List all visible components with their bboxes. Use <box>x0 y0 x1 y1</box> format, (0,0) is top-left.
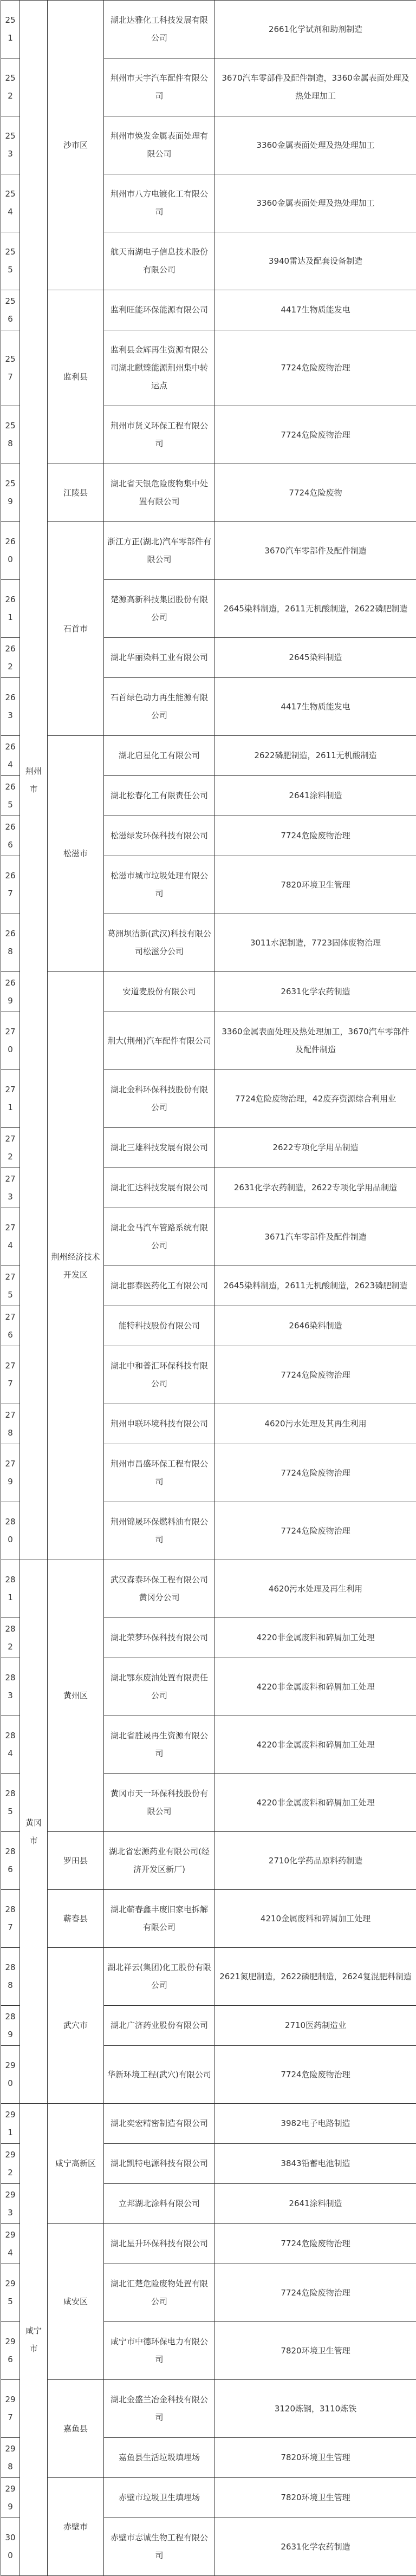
company-name-cell: 松滋绿发环保科技有限公司 <box>104 816 215 856</box>
table-row: 286罗田县湖北省宏源药业有限公司(经济开发区新厂)2710化学药品原料药制造 <box>1 1832 416 1890</box>
row-number: 299 <box>1 2478 20 2518</box>
industry-category-cell: 3843铅蓄电池制造 <box>215 2144 416 2184</box>
district-cell: 罗田县 <box>48 1832 104 1890</box>
industry-category-cell: 7724危险废物治理 <box>215 1346 416 1404</box>
industry-category-cell: 7724危险废物治理，42废弃资源综合利用业 <box>215 1070 416 1128</box>
company-name-cell: 湖北三雄科技发展有限公司 <box>104 1128 215 1168</box>
row-number: 253 <box>1 116 20 174</box>
company-name-cell: 湖北鄂东废油处置有限责任公司 <box>104 1658 215 1716</box>
city-cell: 荆州市 <box>20 1 48 1560</box>
industry-category-cell: 7724危险废物治理 <box>215 1444 416 1502</box>
industry-category-cell: 7724危险废物治理 <box>215 406 416 464</box>
row-number: 276 <box>1 1306 20 1346</box>
company-name-cell: 华新环境工程(武穴)有限公司 <box>104 2046 215 2104</box>
industry-category-cell: 3360金属表面处理及热处理加工，3670汽车零部件及配件制造 <box>215 1012 416 1070</box>
city-cell: 黄冈市 <box>20 1560 48 2104</box>
industry-category-cell: 2641涂料制造 <box>215 776 416 816</box>
industry-category-cell: 4210金属废料和碎屑加工处理 <box>215 1890 416 1948</box>
district-cell: 荆州经济技术开发区 <box>48 972 104 1560</box>
enterprise-table-body: 251荆州市沙市区湖北达雅化工科技发展有限公司2661化学试剂和助剂制造252荆… <box>1 1 416 2576</box>
industry-category-cell: 7724危险废物 <box>215 464 416 522</box>
company-name-cell: 湖北省宏源药业有限公司(经济开发区新厂) <box>104 1832 215 1890</box>
company-name-cell: 湖北广济药业股份有限公司 <box>104 2006 215 2046</box>
row-number: 257 <box>1 330 20 406</box>
table-row: 251荆州市沙市区湖北达雅化工科技发展有限公司2661化学试剂和助剂制造 <box>1 1 416 58</box>
industry-category-cell: 2645染料制造 <box>215 638 416 678</box>
company-name-cell: 湖北松春化工有限责任公司 <box>104 776 215 816</box>
district-cell: 石首市 <box>48 522 104 736</box>
row-number: 262 <box>1 638 20 678</box>
row-number: 290 <box>1 2046 20 2104</box>
row-number: 265 <box>1 776 20 816</box>
district-cell: 咸宁高新区 <box>48 2104 104 2224</box>
company-name-cell: 湖北汇达科技发展有限公司 <box>104 1168 215 1208</box>
company-name-cell: 黄冈市天一环保科技股份有限公司 <box>104 1774 215 1832</box>
industry-category-cell: 7724危险废物治理 <box>215 2046 416 2104</box>
industry-category-cell: 2622磷肥制造，2611无机酸制造 <box>215 736 416 776</box>
company-name-cell: 荆州市八方电镀化工有限公司 <box>104 174 215 232</box>
row-number: 300 <box>1 2518 20 2576</box>
row-number: 292 <box>1 2144 20 2184</box>
row-number: 270 <box>1 1012 20 1070</box>
row-number: 288 <box>1 1948 20 2006</box>
row-number: 293 <box>1 2184 20 2224</box>
row-number: 264 <box>1 736 20 776</box>
industry-category-cell: 3940雷达及配套设备制造 <box>215 232 416 290</box>
company-name-cell: 荆州锦晟环保燃料油有限公司 <box>104 1502 215 1560</box>
industry-category-cell: 7820环境卫生管理 <box>215 2322 416 2380</box>
company-name-cell: 湖北金盛兰冶金科技有限公司 <box>104 2380 215 2438</box>
table-row: 259江陵县湖北省天银危险废物集中处置有限公司7724危险废物 <box>1 464 416 522</box>
company-name-cell: 赤壁市垃圾卫生填埋场 <box>104 2478 215 2518</box>
district-cell: 江陵县 <box>48 464 104 522</box>
district-cell: 松滋市 <box>48 736 104 972</box>
district-cell: 赤壁市 <box>48 2478 104 2576</box>
row-number: 285 <box>1 1774 20 1832</box>
industry-category-cell: 4220非金属废料和碎屑加工处理 <box>215 1716 416 1774</box>
row-number: 275 <box>1 1266 20 1306</box>
company-name-cell: 荆州市贤义环保工程有限公司 <box>104 406 215 464</box>
industry-category-cell: 2645染料制造，2611无机酸制造，2623磷肥制造 <box>215 1266 416 1306</box>
company-name-cell: 湖北省胜晟再生资源有限公司 <box>104 1716 215 1774</box>
industry-category-cell: 7820环境卫生管理 <box>215 2438 416 2478</box>
company-name-cell: 湖北奕宏精密制造有限公司 <box>104 2104 215 2144</box>
company-name-cell: 监利县金辉再生资源有限公司湖北麒臻能源荆州集中转运点 <box>104 330 215 406</box>
industry-category-cell: 3120炼钢，3110炼铁 <box>215 2380 416 2438</box>
industry-category-cell: 2661化学试剂和助剂制造 <box>215 1 416 58</box>
table-row: 260石首市浙江方正(湖北)汽车零部件有限公司3670汽车零部件及配件制造 <box>1 522 416 580</box>
industry-category-cell: 3360金属表面处理及热处理加工 <box>215 116 416 174</box>
row-number: 291 <box>1 2104 20 2144</box>
company-name-cell: 湖北荣梦环保科技有限公司 <box>104 1618 215 1658</box>
row-number: 287 <box>1 1890 20 1948</box>
industry-category-cell: 3360金属表面处理及热处理加工 <box>215 174 416 232</box>
industry-category-cell: 3671汽车零部件及配件制造 <box>215 1208 416 1266</box>
row-number: 258 <box>1 406 20 464</box>
row-number: 281 <box>1 1560 20 1618</box>
row-number: 282 <box>1 1618 20 1658</box>
company-name-cell: 立邦湖北涂料有限公司 <box>104 2184 215 2224</box>
industry-category-cell: 2631化学农药制造 <box>215 2518 416 2576</box>
row-number: 267 <box>1 856 20 914</box>
row-number: 269 <box>1 972 20 1012</box>
industry-category-cell: 4620污水处理及再生利用 <box>215 1560 416 1618</box>
district-cell: 咸安区 <box>48 2224 104 2380</box>
company-name-cell: 监利旺能环保能源有限公司 <box>104 290 215 330</box>
industry-category-cell: 3011水泥制造，7723固体废物治理 <box>215 914 416 972</box>
company-name-cell: 湖北星升环保科技有限公司 <box>104 2224 215 2264</box>
row-number: 256 <box>1 290 20 330</box>
company-name-cell: 荆大(荆州)汽车配件有限公司 <box>104 1012 215 1070</box>
company-name-cell: 安道麦股份有限公司 <box>104 972 215 1012</box>
industry-category-cell: 2645染料制造，2611无机酸制造，2622磷肥制造 <box>215 580 416 638</box>
company-name-cell: 湖北祥云(集团)化工股份有限公司 <box>104 1948 215 2006</box>
row-number: 268 <box>1 914 20 972</box>
company-name-cell: 湖北达雅化工科技发展有限公司 <box>104 1 215 58</box>
industry-category-cell: 2631化学农药制造 <box>215 972 416 1012</box>
company-name-cell: 赤壁市志诚生物工程有限公司 <box>104 2518 215 2576</box>
industry-category-cell: 7724危险废物治理 <box>215 1502 416 1560</box>
company-name-cell: 湖北华丽染料工业有限公司 <box>104 638 215 678</box>
row-number: 266 <box>1 816 20 856</box>
row-number: 289 <box>1 2006 20 2046</box>
company-name-cell: 葛洲坝洁新(武汉)科技有限公司松滋分公司 <box>104 914 215 972</box>
company-name-cell: 浙江方正(湖北)汽车零部件有限公司 <box>104 522 215 580</box>
company-name-cell: 武汉森泰环保工程有限公司黄冈分公司 <box>104 1560 215 1618</box>
table-row: 281黄冈市黄州区武汉森泰环保工程有限公司黄冈分公司4620污水处理及再生利用 <box>1 1560 416 1618</box>
industry-category-cell: 7724危险废物治理 <box>215 2224 416 2264</box>
industry-category-cell: 2710医药制造业 <box>215 2006 416 2046</box>
table-row: 256监利县监利旺能环保能源有限公司4417生物质能发电 <box>1 290 416 330</box>
row-number: 273 <box>1 1168 20 1208</box>
industry-category-cell: 3670汽车零部件及配件制造 <box>215 522 416 580</box>
district-cell: 监利县 <box>48 290 104 464</box>
industry-category-cell: 2641涂料制造 <box>215 2184 416 2224</box>
district-cell: 武穴市 <box>48 1948 104 2104</box>
company-name-cell: 湖北蕲春鑫丰废旧家电拆解有限公司 <box>104 1890 215 1948</box>
industry-category-cell: 2631化学农药制造，2622专项化学用品制造 <box>215 1168 416 1208</box>
company-name-cell: 荆州市焕发金属表面处理有限公司 <box>104 116 215 174</box>
company-name-cell: 咸宁市中德环保电力有限公司 <box>104 2322 215 2380</box>
row-number: 274 <box>1 1208 20 1266</box>
industry-category-cell: 4417生物质能发电 <box>215 290 416 330</box>
city-cell: 咸宁市 <box>20 2104 48 2576</box>
row-number: 260 <box>1 522 20 580</box>
company-name-cell: 荆州市昌盛环保工程有限公司 <box>104 1444 215 1502</box>
table-row: 264松滋市湖北启星化工有限公司2622磷肥制造，2611无机酸制造 <box>1 736 416 776</box>
row-number: 271 <box>1 1070 20 1128</box>
row-number: 297 <box>1 2380 20 2438</box>
company-name-cell: 能特科技股份有限公司 <box>104 1306 215 1346</box>
company-name-cell: 石首绿色动力再生能源有限公司 <box>104 678 215 736</box>
row-number: 286 <box>1 1832 20 1890</box>
row-number: 272 <box>1 1128 20 1168</box>
company-name-cell: 湖北金马汽车管路系统有限公司 <box>104 1208 215 1266</box>
district-cell: 黄州区 <box>48 1560 104 1832</box>
company-name-cell: 湖北凯特电源科技有限公司 <box>104 2144 215 2184</box>
industry-category-cell: 2622专项化学用品制造 <box>215 1128 416 1168</box>
row-number: 294 <box>1 2224 20 2264</box>
industry-category-cell: 3982电子电路制造 <box>215 2104 416 2144</box>
table-row: 294咸安区湖北星升环保科技有限公司7724危险废物治理 <box>1 2224 416 2264</box>
company-name-cell: 湖北郡泰医药化工有限公司 <box>104 1266 215 1306</box>
company-name-cell: 楚源高新科技集团股份有限公司 <box>104 580 215 638</box>
industry-category-cell: 2646染料制造 <box>215 1306 416 1346</box>
table-row: 287蕲春县湖北蕲春鑫丰废旧家电拆解有限公司4210金属废料和碎屑加工处理 <box>1 1890 416 1948</box>
company-name-cell: 航天南湖电子信息技术股份有限公司 <box>104 232 215 290</box>
company-name-cell: 湖北金科环保科技股份有限公司 <box>104 1070 215 1128</box>
district-cell: 嘉鱼县 <box>48 2380 104 2478</box>
industry-category-cell: 4620污水处理及其再生利用 <box>215 1404 416 1444</box>
row-number: 251 <box>1 1 20 58</box>
row-number: 277 <box>1 1346 20 1404</box>
industry-category-cell: 7820环境卫生管理 <box>215 856 416 914</box>
company-name-cell: 湖北省天银危险废物集中处置有限公司 <box>104 464 215 522</box>
row-number: 254 <box>1 174 20 232</box>
table-row: 288武穴市湖北祥云(集团)化工股份有限公司2621氮肥制造，2622磷肥制造，… <box>1 1948 416 2006</box>
table-row: 269荆州经济技术开发区安道麦股份有限公司2631化学农药制造 <box>1 972 416 1012</box>
district-cell: 蕲春县 <box>48 1890 104 1948</box>
industry-category-cell: 2621氮肥制造，2622磷肥制造，2624复混肥料制造 <box>215 1948 416 2006</box>
row-number: 295 <box>1 2264 20 2322</box>
industry-category-cell: 3670汽车零部件及配件制造，3360金属表面处理及热处理加工 <box>215 58 416 116</box>
industry-category-cell: 4220非金属废料和碎屑加工处理 <box>215 1618 416 1658</box>
table-row: 297嘉鱼县湖北金盛兰冶金科技有限公司3120炼钢，3110炼铁 <box>1 2380 416 2438</box>
table-row: 291咸宁市咸宁高新区湖北奕宏精密制造有限公司3982电子电路制造 <box>1 2104 416 2144</box>
company-name-cell: 湖北启星化工有限公司 <box>104 736 215 776</box>
row-number: 284 <box>1 1716 20 1774</box>
row-number: 298 <box>1 2438 20 2478</box>
row-number: 283 <box>1 1658 20 1716</box>
company-name-cell: 荆州申联环境科技有限公司 <box>104 1404 215 1444</box>
row-number: 255 <box>1 232 20 290</box>
row-number: 263 <box>1 678 20 736</box>
industry-category-cell: 4417生物质能发电 <box>215 678 416 736</box>
company-name-cell: 荆州市天宇汽车配件有限公司 <box>104 58 215 116</box>
company-name-cell: 嘉鱼县生活垃圾填埋场 <box>104 2438 215 2478</box>
row-number: 279 <box>1 1444 20 1502</box>
row-number: 261 <box>1 580 20 638</box>
company-name-cell: 湖北汇楚危险废物处置有限公司 <box>104 2264 215 2322</box>
district-cell: 沙市区 <box>48 1 104 290</box>
enterprise-table: 251荆州市沙市区湖北达雅化工科技发展有限公司2661化学试剂和助剂制造252荆… <box>1 0 416 2576</box>
industry-category-cell: 2710化学药品原料药制造 <box>215 1832 416 1890</box>
industry-category-cell: 7724危险废物治理 <box>215 2264 416 2322</box>
row-number: 280 <box>1 1502 20 1560</box>
table-row: 299赤壁市赤壁市垃圾卫生填埋场7820环境卫生管理 <box>1 2478 416 2518</box>
company-name-cell: 松滋市城市垃圾处理有限公司 <box>104 856 215 914</box>
industry-category-cell: 7724危险废物治理 <box>215 330 416 406</box>
industry-category-cell: 4220非金属废料和碎屑加工处理 <box>215 1658 416 1716</box>
industry-category-cell: 7724危险废物治理 <box>215 816 416 856</box>
industry-category-cell: 7820环境卫生管理 <box>215 2478 416 2518</box>
industry-category-cell: 4220非金属废料和碎屑加工处理 <box>215 1774 416 1832</box>
row-number: 259 <box>1 464 20 522</box>
row-number: 278 <box>1 1404 20 1444</box>
row-number: 252 <box>1 58 20 116</box>
company-name-cell: 湖北中和普汇环保科技有限公司 <box>104 1346 215 1404</box>
row-number: 296 <box>1 2322 20 2380</box>
